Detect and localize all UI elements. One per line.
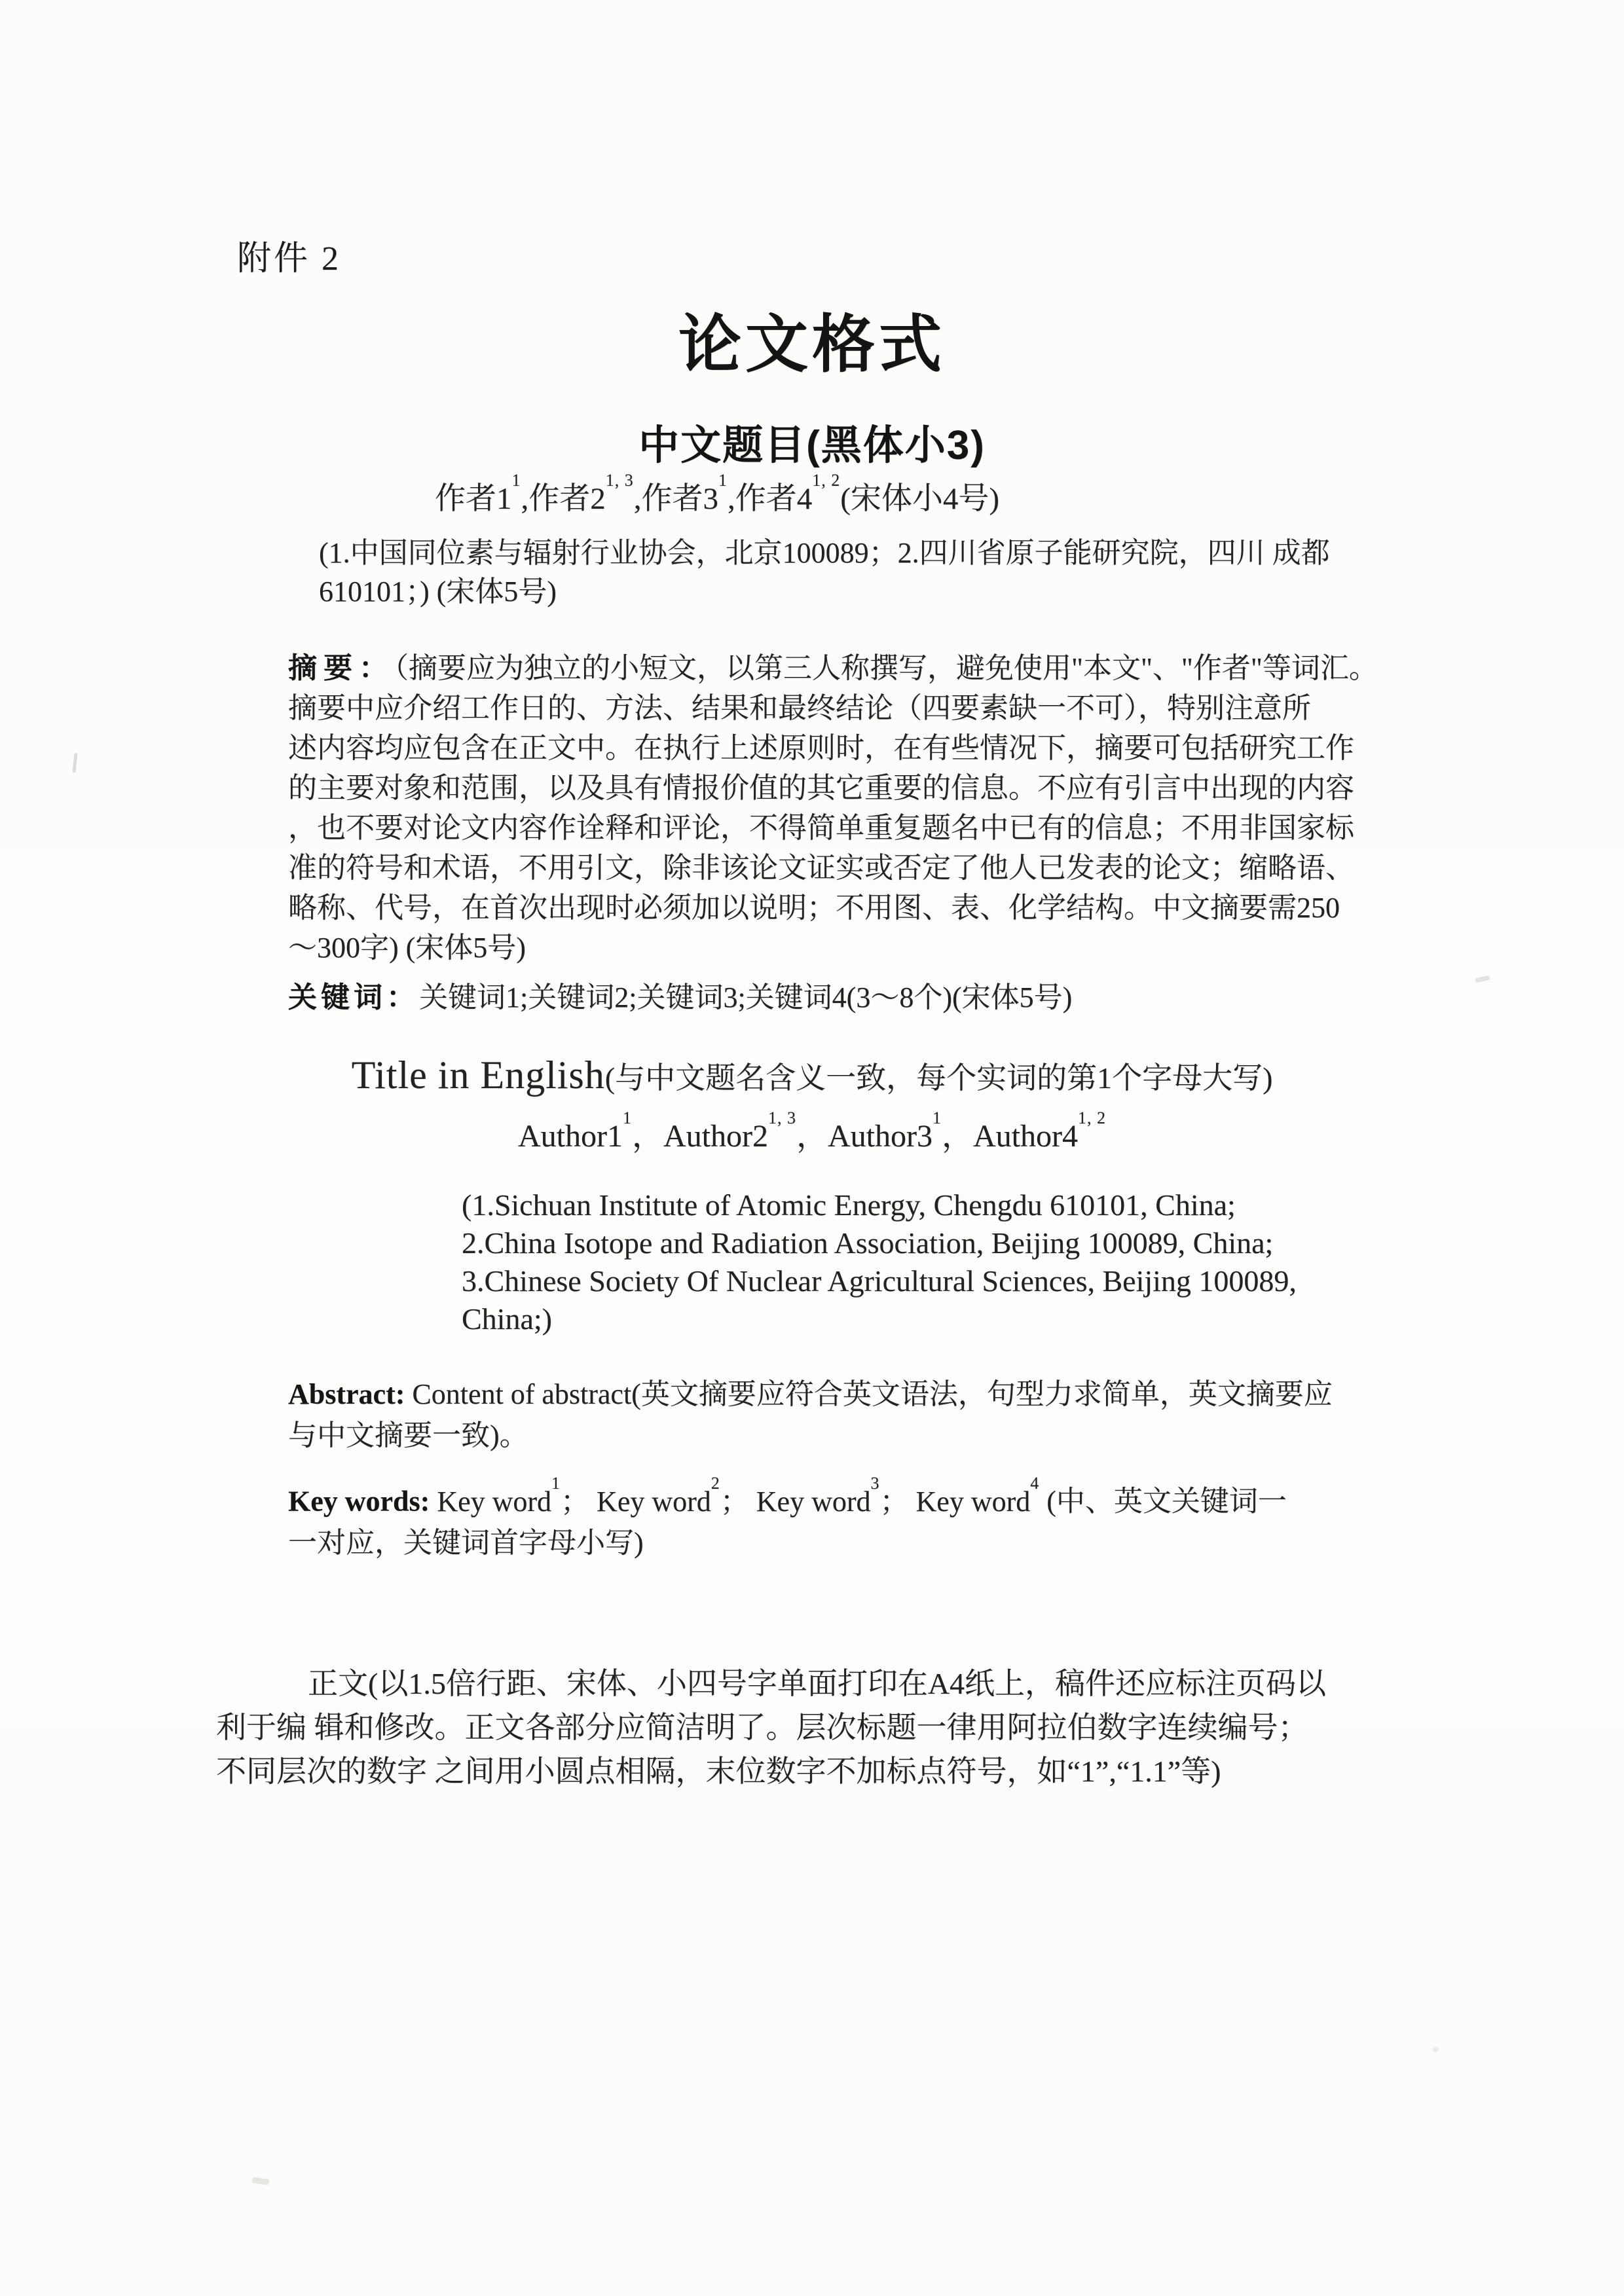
en-author-3-name: Author3 (828, 1119, 932, 1154)
author-2-superscript: 1, 3 (606, 471, 634, 490)
keyword-1-superscript: 1 (551, 1474, 561, 1493)
scan-artifact (252, 2177, 270, 2185)
en-author-3: Author31， (828, 1119, 973, 1154)
en-author-2-name: Author2 (663, 1119, 768, 1154)
chinese-keywords: 关键词：关键词1;关键词2;关键词3;关键词4(3～8个)(宋体5号) (288, 974, 1388, 1015)
author-3: 作者31, (641, 482, 735, 516)
abstract-en-text: Content of abstract(英文摘要应符合英文语法，句型力求简单，英… (288, 1378, 1333, 1451)
document-title: 论文格式 (0, 295, 1624, 384)
author-3-superscript: 1 (718, 471, 728, 490)
keywords-label: 关键词： (288, 981, 419, 1013)
author-4: 作者41, 2 (735, 482, 841, 516)
english-title-line: Title in English(与中文题名含义一致，每个实词的第1个字母大写) (0, 1053, 1624, 1098)
keyword-1-text: Key word (430, 1485, 551, 1518)
author-1: 作者11, (435, 482, 528, 516)
scan-artifact (72, 753, 77, 773)
english-affiliation: (1.Sichuan Institute of Atomic Energy, C… (462, 1186, 1326, 1338)
keyword-4-superscript: 4 (1030, 1474, 1039, 1493)
english-keywords: Key words: Key word1； Key word2； Key wor… (288, 1474, 1388, 1563)
keyword-separator: ； (720, 1485, 756, 1518)
english-title: Title in English (352, 1053, 605, 1097)
author-separator: , (634, 482, 642, 516)
en-author-2-superscript: 1, 3 (768, 1108, 796, 1127)
author-3-name: 作者3 (641, 482, 718, 516)
keyword-1: Key word1； (430, 1485, 597, 1518)
author-4-superscript: 1, 2 (812, 471, 840, 490)
author-separator: ， (796, 1119, 828, 1154)
author-2: 作者21, 3, (528, 482, 641, 516)
author-separator: , (521, 482, 528, 516)
author-4-name: 作者4 (735, 482, 813, 516)
abstract-label: 摘要： (288, 652, 394, 684)
chinese-affiliation: (1.中国同位素与辐射行业协会，北京100089；2.四川省原子能研究院，四川 … (319, 534, 1367, 611)
keyword-3-text: Key word (756, 1485, 871, 1518)
en-author-1-name: Author1 (518, 1119, 623, 1154)
author-separator: ， (942, 1119, 973, 1154)
keyword-4-text: Key word (916, 1485, 1031, 1518)
en-author-4-name: Author4 (973, 1119, 1078, 1154)
en-author-1: Author11， (518, 1119, 663, 1154)
author-separator: , (728, 482, 735, 516)
body-paragraph: 正文(以1.5倍行距、宋体、小四号字单面打印在A4纸上，稿件还应标注页码以 利于… (216, 1662, 1382, 1793)
english-title-note: (与中文题名含义一致，每个实词的第1个字母大写) (605, 1061, 1273, 1095)
chinese-author-line: 作者11,作者21, 3,作者31,作者41, 2(宋体小4号) (0, 474, 1434, 518)
english-author-line: Author11，Author21, 3，Author31，Author41, … (0, 1110, 1624, 1156)
font-note: (宋体小4号) (840, 482, 999, 516)
abstract-en-label: Abstract: (288, 1378, 405, 1410)
keyword-3: Key word3； (756, 1485, 916, 1518)
attachment-label: 附件 2 (237, 230, 341, 280)
en-author-1-superscript: 1 (623, 1108, 632, 1127)
keyword-4: Key word4 (916, 1485, 1040, 1518)
abstract-text: （摘要应为独立的小短文，以第三人称撰写，避免使用"本文"、"作者"等词汇。 摘要… (288, 652, 1378, 964)
keyword-2-superscript: 2 (711, 1474, 720, 1493)
chinese-title: 中文题目(黑体小3) (26, 412, 1598, 471)
scan-artifact (1433, 2047, 1439, 2052)
author-1-name: 作者1 (435, 482, 512, 516)
author-1-superscript: 1 (511, 471, 521, 490)
keyword-2: Key word2； (597, 1485, 756, 1518)
keyword-separator: ； (561, 1485, 597, 1518)
keywords-en-label: Key words: (288, 1485, 430, 1518)
chinese-abstract: 摘要：（摘要应为独立的小短文，以第三人称撰写，避免使用"本文"、"作者"等词汇。… (288, 648, 1388, 968)
keyword-separator: ； (880, 1485, 916, 1518)
en-author-3-superscript: 1 (932, 1108, 942, 1127)
scan-artifact (1475, 975, 1490, 983)
keyword-2-text: Key word (597, 1485, 711, 1518)
keyword-3-superscript: 3 (871, 1474, 880, 1493)
document-page: 附件 2 论文格式 中文题目(黑体小3) 作者11,作者21, 3,作者31,作… (0, 0, 1624, 2296)
author-separator: ， (632, 1119, 663, 1154)
author-2-name: 作者2 (528, 482, 606, 516)
keywords-text: 关键词1;关键词2;关键词3;关键词4(3～8个)(宋体5号) (419, 981, 1072, 1013)
en-author-4-superscript: 1, 2 (1078, 1108, 1106, 1127)
en-author-2: Author21, 3， (663, 1119, 828, 1154)
english-abstract: Abstract: Content of abstract(英文摘要应符合英文语… (288, 1374, 1388, 1456)
en-author-4: Author41, 2 (973, 1119, 1106, 1154)
